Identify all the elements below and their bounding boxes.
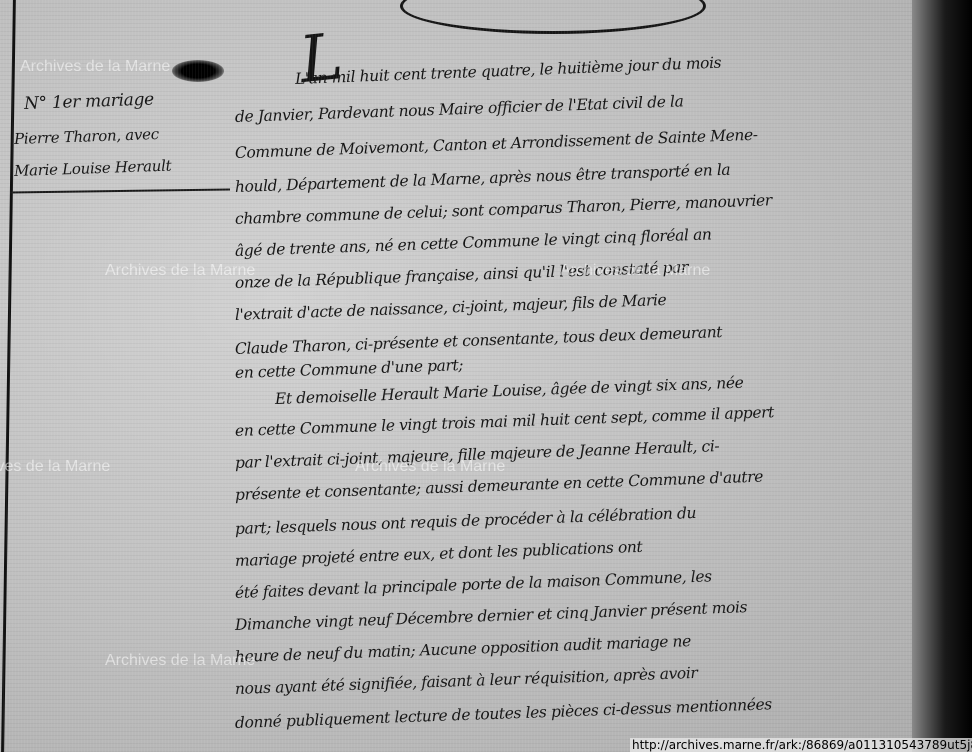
text-line: donné publiquement lecture de toutes les… (235, 695, 772, 732)
groom-name: Pierre Tharon, avec (14, 122, 244, 148)
text-line: été faites devant la principale porte de… (235, 567, 712, 602)
watermark: Archives de la Marne (105, 652, 255, 670)
text-line: Commune de Moivemont, Canton et Arrondis… (235, 126, 758, 162)
text-line: l'extrait d'acte de naissance, ci-joint,… (235, 291, 667, 324)
text-line: âgé de trente ans, né en cette Commune l… (235, 225, 712, 260)
text-line: de Janvier, Pardevant nous Maire officie… (235, 92, 684, 126)
ink-blot (172, 60, 224, 82)
entry-label: N° 1er mariage (24, 86, 255, 114)
decorative-flourish (400, 0, 706, 34)
margin-rule-vertical (1, 0, 16, 752)
text-line: mariage projeté entre eux, et dont les p… (235, 538, 643, 570)
watermark: Archives de la Marne (355, 458, 505, 476)
text-line: heure de neuf du matin; Aucune oppositio… (235, 632, 691, 666)
text-line: Et demoiselle Herault Marie Louise, âgée… (275, 374, 744, 408)
text-line: hould, Département de la Marne, après no… (235, 161, 731, 196)
source-url[interactable]: http://archives.marne.fr/ark:/86869/a011… (630, 738, 972, 752)
document-page: N° 1er mariage Pierre Tharon, avec Marie… (0, 0, 930, 752)
text-line: en cette Commune d'une part; (235, 356, 464, 382)
watermark: Archives de la Marne (560, 262, 710, 280)
watermark: Archives de la Marne (0, 458, 110, 476)
text-line: chambre commune de celui; sont comparus … (235, 191, 772, 228)
text-line: L'an mil huit cent trente quatre, le hui… (295, 54, 722, 88)
margin-rule-horizontal (10, 188, 230, 193)
bride-name: Marie Louise Herault (14, 154, 244, 180)
text-line: Claude Tharon, ci-présente et consentant… (235, 323, 723, 358)
text-line: en cette Commune le vingt trois mai mil … (235, 403, 775, 440)
text-line: nous ayant été signifiée, faisant à leur… (235, 664, 698, 698)
book-gutter (912, 0, 972, 752)
text-line: Dimanche vingt neuf Décembre dernier et … (235, 598, 748, 634)
watermark: Archives de la Marne (20, 58, 170, 76)
watermark: Archives de la Marne (105, 262, 255, 280)
text-line: part; lesquels nous ont requis de procéd… (235, 504, 697, 538)
